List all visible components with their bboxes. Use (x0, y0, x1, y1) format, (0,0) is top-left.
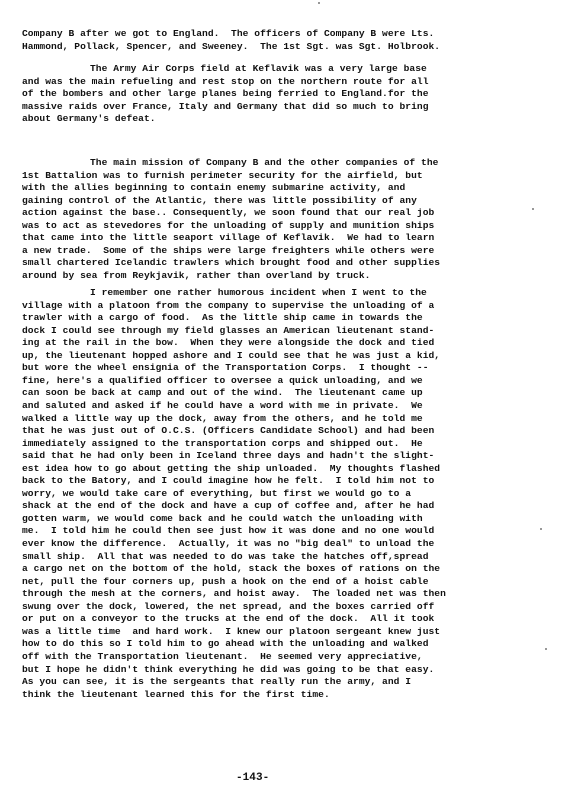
text-line: a new trade. Some of the ships were larg… (22, 245, 434, 257)
text-line: The Army Air Corps field at Keflavik was… (90, 63, 427, 75)
text-line: massive raids over France, Italy and Ger… (22, 101, 429, 113)
text-line: me. I told him he could then see just ho… (22, 525, 434, 537)
text-line: ever know the difference. Actually, it w… (22, 538, 434, 550)
text-line: small chartered Icelandic trawlers which… (22, 257, 440, 269)
text-line: I remember one rather humorous incident … (90, 287, 427, 299)
text-line: village with a platoon from the company … (22, 300, 434, 312)
text-line: small ship. All that was needed to do wa… (22, 551, 429, 563)
text-line: dock I could see through my field glasse… (22, 325, 434, 337)
text-line: As you can see, it is the sergeants that… (22, 676, 411, 688)
text-line: est idea how to go about getting the shi… (22, 463, 440, 475)
scan-speck (540, 528, 542, 530)
scan-speck (532, 208, 534, 210)
text-line: said that he had only been in Iceland th… (22, 450, 434, 462)
text-line: and saluted and asked if he could have a… (22, 400, 423, 412)
text-line: 1st Battalion was to furnish perimeter s… (22, 170, 423, 182)
text-line: off with the Transportation lieutenant. … (22, 651, 423, 663)
text-line: and was the main refueling and rest stop… (22, 76, 429, 88)
text-line: a cargo net on the bottom of the hold, s… (22, 563, 440, 575)
text-line: swung over the dock, lowered, the net sp… (22, 601, 434, 613)
text-line: with the allies beginning to contain ene… (22, 182, 405, 194)
text-line: around by sea from Reykjavik, rather tha… (22, 270, 370, 282)
text-line: gotten warm, we would come back and he c… (22, 513, 423, 525)
text-line: gaining control of the Atlantic, there w… (22, 195, 417, 207)
text-line: net, pull the four corners up, push a ho… (22, 576, 429, 588)
text-line: Hammond, Pollack, Spencer, and Sweeney. … (22, 41, 440, 53)
page-number: -143- (236, 772, 269, 784)
text-line: about Germany's defeat. (22, 113, 156, 125)
text-line: was a little time and hard work. I knew … (22, 626, 440, 638)
document-page: Company B after we got to England. The o… (0, 0, 562, 800)
text-line: up, the lieutenant hopped ashore and I c… (22, 350, 440, 362)
text-line: worry, we would take care of everything,… (22, 488, 411, 500)
text-line: Company B after we got to England. The o… (22, 28, 434, 40)
text-line: of the bombers and other large planes be… (22, 88, 429, 100)
text-line: The main mission of Company B and the ot… (90, 157, 438, 169)
text-line: but I hope he didn't think everything he… (22, 664, 434, 676)
text-line: that came into the little seaport villag… (22, 232, 434, 244)
text-line: can soon be back at camp and out of the … (22, 387, 423, 399)
text-line: think the lieutenant learned this for th… (22, 689, 330, 701)
scan-speck (545, 648, 547, 650)
text-line: was to act as stevedores for the unloadi… (22, 220, 434, 232)
text-line: through the mesh at the corners, and hoi… (22, 588, 446, 600)
text-line: fine, here's a qualified officer to over… (22, 375, 423, 387)
text-line: how to do this so I told him to go ahead… (22, 638, 429, 650)
text-line: back to the Batory, and I could imagine … (22, 475, 434, 487)
text-line: trawler with a cargo of food. As the lit… (22, 312, 423, 324)
text-line: but wore the wheel ensignia of the Trans… (22, 362, 429, 374)
text-line: action against the base.. Consequently, … (22, 207, 434, 219)
text-line: ing at the rail in the bow. When they we… (22, 337, 434, 349)
text-line: walked a little way up the dock, away fr… (22, 413, 423, 425)
text-line: that he was just out of O.C.S. (Officers… (22, 425, 434, 437)
text-line: shack at the end of the dock and have a … (22, 500, 434, 512)
scan-speck (318, 2, 320, 4)
text-line: immediately assigned to the transportati… (22, 438, 423, 450)
text-line: or put on a conveyor to the trucks at th… (22, 613, 434, 625)
